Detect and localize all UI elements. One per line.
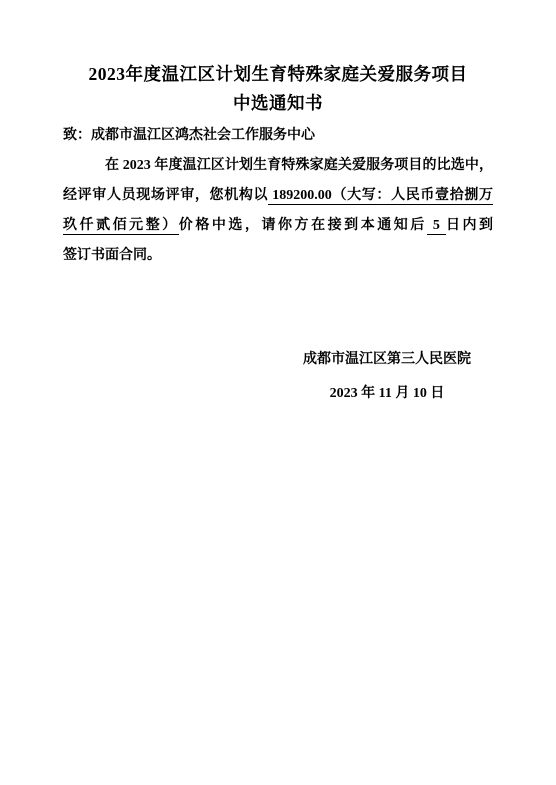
document-title-line1: 2023年度温江区计划生育特殊家庭关爱服务项目 <box>63 60 493 89</box>
document-title-line2: 中选通知书 <box>63 89 493 118</box>
line3-plain-text: 价格中选，请你方在接到本通知后 <box>179 218 427 233</box>
paragraph-line-1: 在 2023 年度温江区计划生育特殊家庭关爱服务项目的比选中， <box>63 151 493 181</box>
bid-amount-underlined: 189200.00（大写：人民币壹拾捌万 <box>268 188 493 205</box>
paragraph-line-4: 签订书面合同。 <box>63 241 493 271</box>
body-paragraph: 在 2023 年度温江区计划生育特殊家庭关爱服务项目的比选中， 经评审人员现场评… <box>63 151 493 271</box>
signature-block: 成都市温江区第三人民医院 2023 年 11 月 10 日 <box>303 343 471 411</box>
signature-date: 2023 年 11 月 10 日 <box>303 377 471 411</box>
paragraph-line-2: 经评审人员现场评审，您机构以 189200.00（大写：人民币壹拾捌万 <box>63 181 493 211</box>
paragraph-line-3: 玖仟贰佰元整）价格中选，请你方在接到本通知后 5 日内到 <box>63 211 493 241</box>
line2-plain-text: 经评审人员现场评审，您机构以 <box>63 188 268 203</box>
document-page: 2023年度温江区计划生育特殊家庭关爱服务项目 中选通知书 致：成都市温江区鸿杰… <box>0 0 556 785</box>
document-title: 2023年度温江区计划生育特殊家庭关爱服务项目 中选通知书 <box>63 60 493 118</box>
signature-organization: 成都市温江区第三人民医院 <box>303 343 471 377</box>
amount-words-underlined: 玖仟贰佰元整） <box>63 218 179 235</box>
recipient-line: 致：成都市温江区鸿杰社会工作服务中心 <box>63 121 493 151</box>
days-count-underlined: 5 <box>427 218 446 235</box>
line3-tail-text: 日内到 <box>446 218 493 233</box>
